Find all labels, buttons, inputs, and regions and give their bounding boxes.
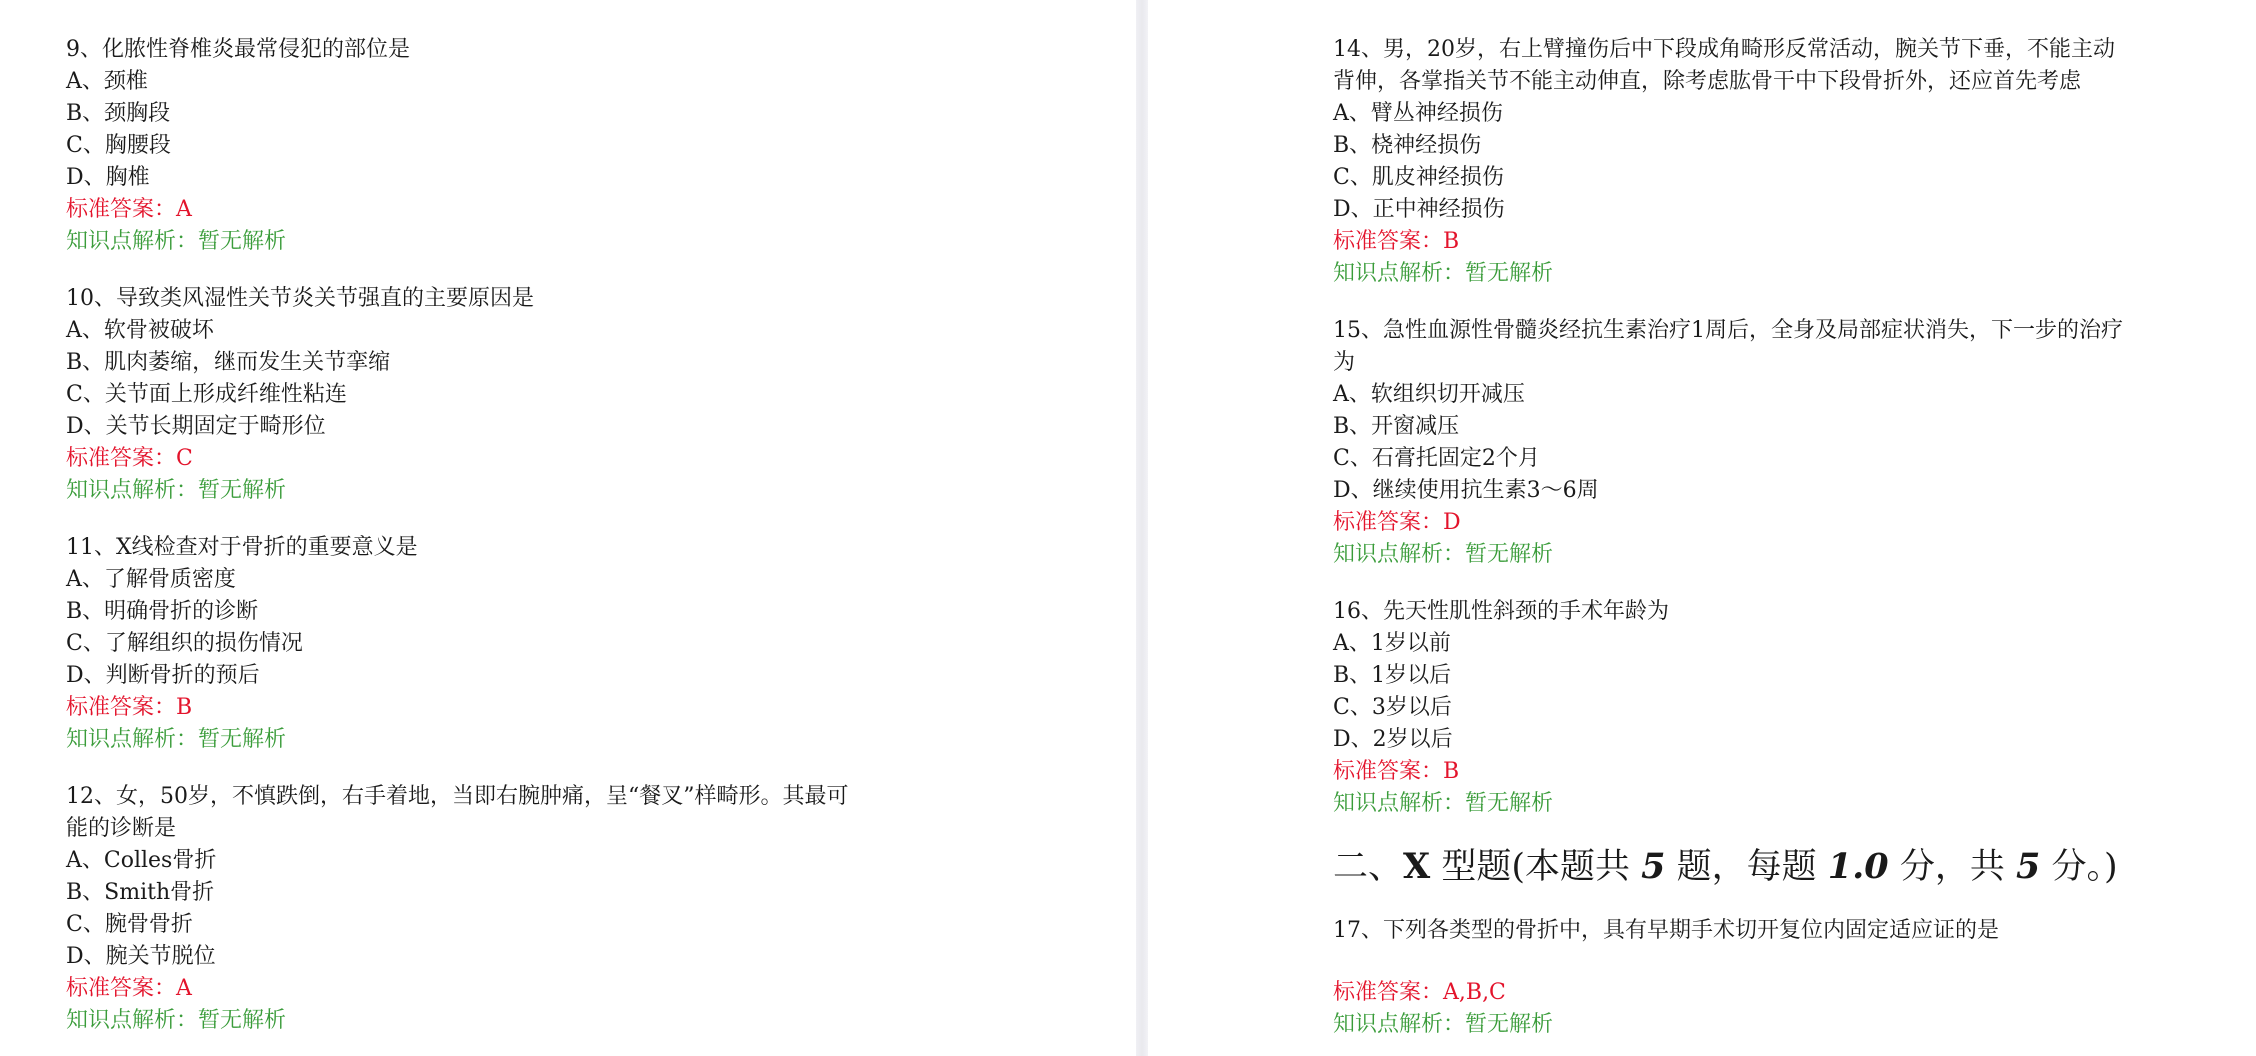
left-page: 9、化脓性脊椎炎最常侵犯的部位是 A、颈椎 B、颈胸段 C、胸腰段 D、胸椎 标… bbox=[0, 0, 1136, 1056]
right-question-column: 14、男，20岁，右上臂撞伤后中下段成角畸形反常活动，腕关节下垂，不能主动 背伸… bbox=[1333, 34, 2233, 1041]
option-b: B、肌肉萎缩，继而发生关节挛缩 bbox=[66, 347, 1076, 379]
answer-value: D bbox=[1443, 510, 1461, 535]
option-d: D、继续使用抗生素3～6周 bbox=[1333, 475, 2233, 507]
section-number: 二、 bbox=[1333, 847, 1403, 887]
question-10: 10、导致类风湿性关节炎关节强直的主要原因是 A、软骨被破坏 B、肌肉萎缩，继而… bbox=[66, 283, 1076, 507]
section-text: 分。) bbox=[2051, 847, 2117, 887]
answer-value: A,B,C bbox=[1443, 980, 1506, 1005]
option-a: A、了解骨质密度 bbox=[66, 564, 1076, 596]
section-header-x-type: 二、X 型题(本题共 5 题，每题 1.0 分，共 5 分。) bbox=[1333, 845, 2233, 889]
question-text: 17、下列各类型的骨折中，具有早期手术切开复位内固定适应证的是 bbox=[1333, 915, 2233, 947]
answer-label: 标准答案： bbox=[1333, 229, 1443, 254]
analysis-value: 暂无解析 bbox=[1465, 791, 1553, 816]
answer-value: A bbox=[176, 976, 192, 1001]
answer-label: 标准答案： bbox=[66, 446, 176, 471]
answer-label: 标准答案： bbox=[66, 695, 176, 720]
standard-answer: 标准答案：A bbox=[66, 973, 1076, 1005]
standard-answer: 标准答案：B bbox=[1333, 756, 2233, 788]
option-b: B、明确骨折的诊断 bbox=[66, 596, 1076, 628]
question-text-line-2: 为 bbox=[1333, 347, 2233, 379]
standard-answer: 标准答案：A bbox=[66, 194, 1076, 226]
question-text-line-1: 14、男，20岁，右上臂撞伤后中下段成角畸形反常活动，腕关节下垂，不能主动 bbox=[1333, 34, 2233, 66]
answer-value: C bbox=[176, 446, 193, 471]
option-a: A、1岁以前 bbox=[1333, 628, 2233, 660]
analysis: 知识点解析：暂无解析 bbox=[66, 1005, 1076, 1037]
option-c: C、石膏托固定2个月 bbox=[1333, 443, 2233, 475]
question-17: 17、下列各类型的骨折中，具有早期手术切开复位内固定适应证的是 标准答案：A,B… bbox=[1333, 915, 2233, 1041]
question-text: 10、导致类风湿性关节炎关节强直的主要原因是 bbox=[66, 283, 1076, 315]
answer-label: 标准答案： bbox=[66, 197, 176, 222]
question-count: 5 bbox=[1641, 846, 1665, 887]
analysis: 知识点解析：暂无解析 bbox=[66, 475, 1076, 507]
analysis-value: 暂无解析 bbox=[198, 478, 286, 503]
option-c: C、腕骨骨折 bbox=[66, 909, 1076, 941]
option-d: D、正中神经损伤 bbox=[1333, 194, 2233, 226]
option-c: C、肌皮神经损伤 bbox=[1333, 162, 2233, 194]
analysis: 知识点解析：暂无解析 bbox=[1333, 258, 2233, 290]
option-b: B、开窗减压 bbox=[1333, 411, 2233, 443]
question-14: 14、男，20岁，右上臂撞伤后中下段成角畸形反常活动，腕关节下垂，不能主动 背伸… bbox=[1333, 34, 2233, 290]
question-15: 15、急性血源性骨髓炎经抗生素治疗1周后，全身及局部症状消失，下一步的治疗 为 … bbox=[1333, 315, 2233, 571]
option-c: C、3岁以后 bbox=[1333, 692, 2233, 724]
option-d: D、2岁以后 bbox=[1333, 724, 2233, 756]
option-a: A、颈椎 bbox=[66, 66, 1076, 98]
analysis-value: 暂无解析 bbox=[1465, 261, 1553, 286]
option-d: D、关节长期固定于畸形位 bbox=[66, 411, 1076, 443]
standard-answer: 标准答案：B bbox=[1333, 226, 2233, 258]
option-d: D、胸椎 bbox=[66, 162, 1076, 194]
question-16: 16、先天性肌性斜颈的手术年龄为 A、1岁以前 B、1岁以后 C、3岁以后 D、… bbox=[1333, 596, 2233, 820]
analysis-label: 知识点解析： bbox=[66, 229, 198, 254]
analysis: 知识点解析：暂无解析 bbox=[66, 226, 1076, 258]
analysis-value: 暂无解析 bbox=[198, 229, 286, 254]
option-b: B、桡神经损伤 bbox=[1333, 130, 2233, 162]
standard-answer: 标准答案：B bbox=[66, 692, 1076, 724]
analysis-label: 知识点解析： bbox=[1333, 542, 1465, 567]
question-11: 11、X线检查对于骨折的重要意义是 A、了解骨质密度 B、明确骨折的诊断 C、了… bbox=[66, 532, 1076, 756]
left-question-column: 9、化脓性脊椎炎最常侵犯的部位是 A、颈椎 B、颈胸段 C、胸腰段 D、胸椎 标… bbox=[66, 34, 1076, 1056]
option-b: B、1岁以后 bbox=[1333, 660, 2233, 692]
question-text: 9、化脓性脊椎炎最常侵犯的部位是 bbox=[66, 34, 1076, 66]
question-text: 11、X线检查对于骨折的重要意义是 bbox=[66, 532, 1076, 564]
option-d: D、腕关节脱位 bbox=[66, 941, 1076, 973]
answer-value: B bbox=[1443, 229, 1459, 254]
standard-answer: 标准答案：D bbox=[1333, 507, 2233, 539]
question-text: 16、先天性肌性斜颈的手术年龄为 bbox=[1333, 596, 2233, 628]
option-b: B、Smith骨折 bbox=[66, 877, 1076, 909]
analysis: 知识点解析：暂无解析 bbox=[1333, 1009, 2233, 1041]
option-d: D、判断骨折的预后 bbox=[66, 660, 1076, 692]
question-text-line-1: 15、急性血源性骨髓炎经抗生素治疗1周后，全身及局部症状消失，下一步的治疗 bbox=[1333, 315, 2233, 347]
option-a: A、臂丛神经损伤 bbox=[1333, 98, 2233, 130]
option-a: A、Colles骨折 bbox=[66, 845, 1076, 877]
answer-value: B bbox=[176, 695, 192, 720]
section-text: 型题(本题共 bbox=[1441, 847, 1630, 887]
question-text-line-1: 12、女，50岁，不慎跌倒，右手着地，当即右腕肿痛，呈“餐叉”样畸形。其最可 bbox=[66, 781, 1076, 813]
analysis-label: 知识点解析： bbox=[1333, 791, 1465, 816]
option-c: C、了解组织的损伤情况 bbox=[66, 628, 1076, 660]
spacer bbox=[1333, 947, 2233, 977]
analysis: 知识点解析：暂无解析 bbox=[66, 724, 1076, 756]
analysis: 知识点解析：暂无解析 bbox=[1333, 788, 2233, 820]
analysis-value: 暂无解析 bbox=[1465, 1012, 1553, 1037]
question-text-line-2: 背伸，各掌指关节不能主动伸直，除考虑肱骨干中下段骨折外，还应首先考虑 bbox=[1333, 66, 2233, 98]
standard-answer: 标准答案：C bbox=[66, 443, 1076, 475]
analysis-label: 知识点解析： bbox=[66, 1008, 198, 1033]
analysis-value: 暂无解析 bbox=[1465, 542, 1553, 567]
analysis-label: 知识点解析： bbox=[66, 478, 198, 503]
question-9: 9、化脓性脊椎炎最常侵犯的部位是 A、颈椎 B、颈胸段 C、胸腰段 D、胸椎 标… bbox=[66, 34, 1076, 258]
option-a: A、软组织切开减压 bbox=[1333, 379, 2233, 411]
analysis-label: 知识点解析： bbox=[66, 727, 198, 752]
analysis-label: 知识点解析： bbox=[1333, 1012, 1465, 1037]
total-score: 5 bbox=[2016, 846, 2040, 887]
answer-label: 标准答案： bbox=[1333, 980, 1443, 1005]
analysis-value: 暂无解析 bbox=[198, 1008, 286, 1033]
question-text-line-2: 能的诊断是 bbox=[66, 813, 1076, 845]
question-type-letter: X bbox=[1403, 846, 1430, 887]
section-text: 题，每题 bbox=[1677, 847, 1817, 887]
answer-label: 标准答案： bbox=[66, 976, 176, 1001]
analysis-value: 暂无解析 bbox=[198, 727, 286, 752]
standard-answer: 标准答案：A,B,C bbox=[1333, 977, 2233, 1009]
answer-value: A bbox=[176, 197, 192, 222]
answer-label: 标准答案： bbox=[1333, 759, 1443, 784]
analysis-label: 知识点解析： bbox=[1333, 261, 1465, 286]
answer-label: 标准答案： bbox=[1333, 510, 1443, 535]
answer-value: B bbox=[1443, 759, 1459, 784]
option-c: C、胸腰段 bbox=[66, 130, 1076, 162]
right-page: 14、男，20岁，右上臂撞伤后中下段成角畸形反常活动，腕关节下垂，不能主动 背伸… bbox=[1148, 0, 2256, 1056]
option-a: A、软骨被破坏 bbox=[66, 315, 1076, 347]
analysis: 知识点解析：暂无解析 bbox=[1333, 539, 2233, 571]
option-c: C、关节面上形成纤维性粘连 bbox=[66, 379, 1076, 411]
score-each: 1.0 bbox=[1828, 846, 1889, 887]
section-text: 分，共 bbox=[1900, 847, 2005, 887]
option-b: B、颈胸段 bbox=[66, 98, 1076, 130]
question-12: 12、女，50岁，不慎跌倒，右手着地，当即右腕肿痛，呈“餐叉”样畸形。其最可 能… bbox=[66, 781, 1076, 1037]
page-divider bbox=[1136, 0, 1148, 1056]
